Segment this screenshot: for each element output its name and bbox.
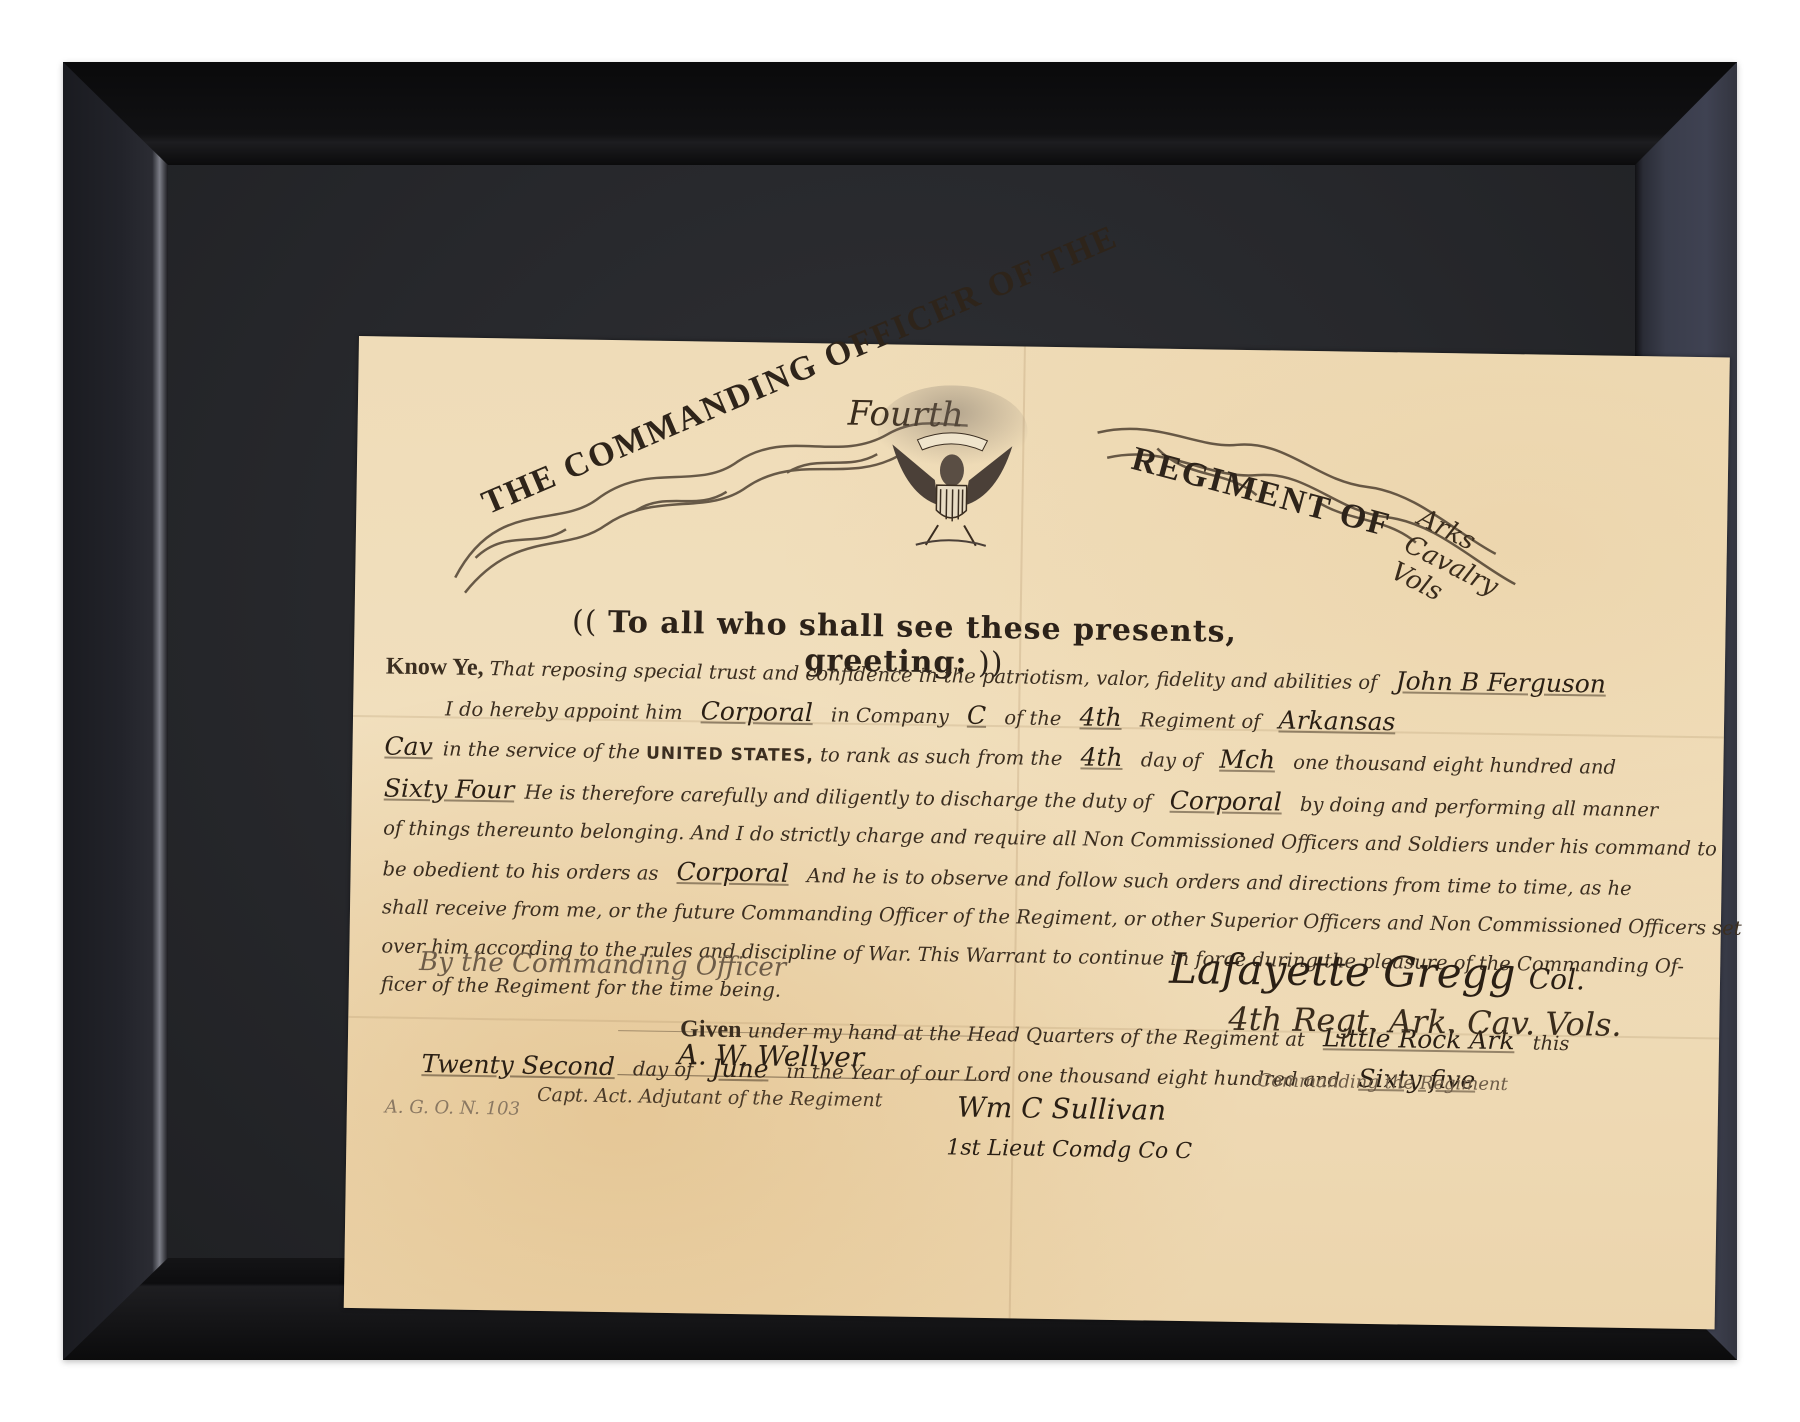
adjutant-signature: A. W. Wellver xyxy=(617,1030,984,1081)
given-day-field: Twenty Second xyxy=(409,1049,627,1081)
rank-field: Corporal xyxy=(689,696,825,727)
colonel-title: Commanding the Regiment xyxy=(1257,1070,1508,1095)
captain-signature: Wm C Sullivan xyxy=(957,1090,1167,1126)
branch-field: Cav xyxy=(384,731,437,761)
regiment-number-field: 4th xyxy=(1067,702,1134,732)
by-order-label: By the Commanding Officer xyxy=(419,947,786,983)
know-ye: Know Ye, xyxy=(386,653,484,681)
colonel-signature: Lafayette Gregg Col. xyxy=(1169,944,1586,1000)
colonel-unit: 4th Regt. Ark. Cav. Vols. xyxy=(1228,1000,1622,1044)
rank-year-field: Sixty Four xyxy=(384,773,519,804)
rank-day-field: 4th xyxy=(1068,742,1135,772)
frame-top-rail xyxy=(63,62,1737,165)
rank-field: Corporal xyxy=(664,856,800,887)
eagle-seal-icon xyxy=(876,384,1029,556)
mat-backing: THE COMMANDING OFFICER OF THE Fourth REG… xyxy=(168,165,1635,1258)
warrant-document: THE COMMANDING OFFICER OF THE Fourth REG… xyxy=(344,336,1730,1329)
adjutant-title: Capt. Act. Adjutant of the Regiment xyxy=(537,1084,883,1111)
ago-number: A. G. O. N. 103 xyxy=(385,1097,520,1120)
appointee-name: John B Ferguson xyxy=(1383,666,1618,699)
company-field: C xyxy=(955,700,999,730)
captain-title: 1st Lieut Comdg Co C xyxy=(946,1135,1192,1164)
state-field: Arkansas xyxy=(1266,705,1407,736)
rank-month-field: Mch xyxy=(1207,744,1287,774)
frame-left-rail xyxy=(63,62,168,1360)
picture-frame: THE COMMANDING OFFICER OF THE Fourth REG… xyxy=(63,62,1737,1360)
rank-field: Corporal xyxy=(1158,785,1294,816)
